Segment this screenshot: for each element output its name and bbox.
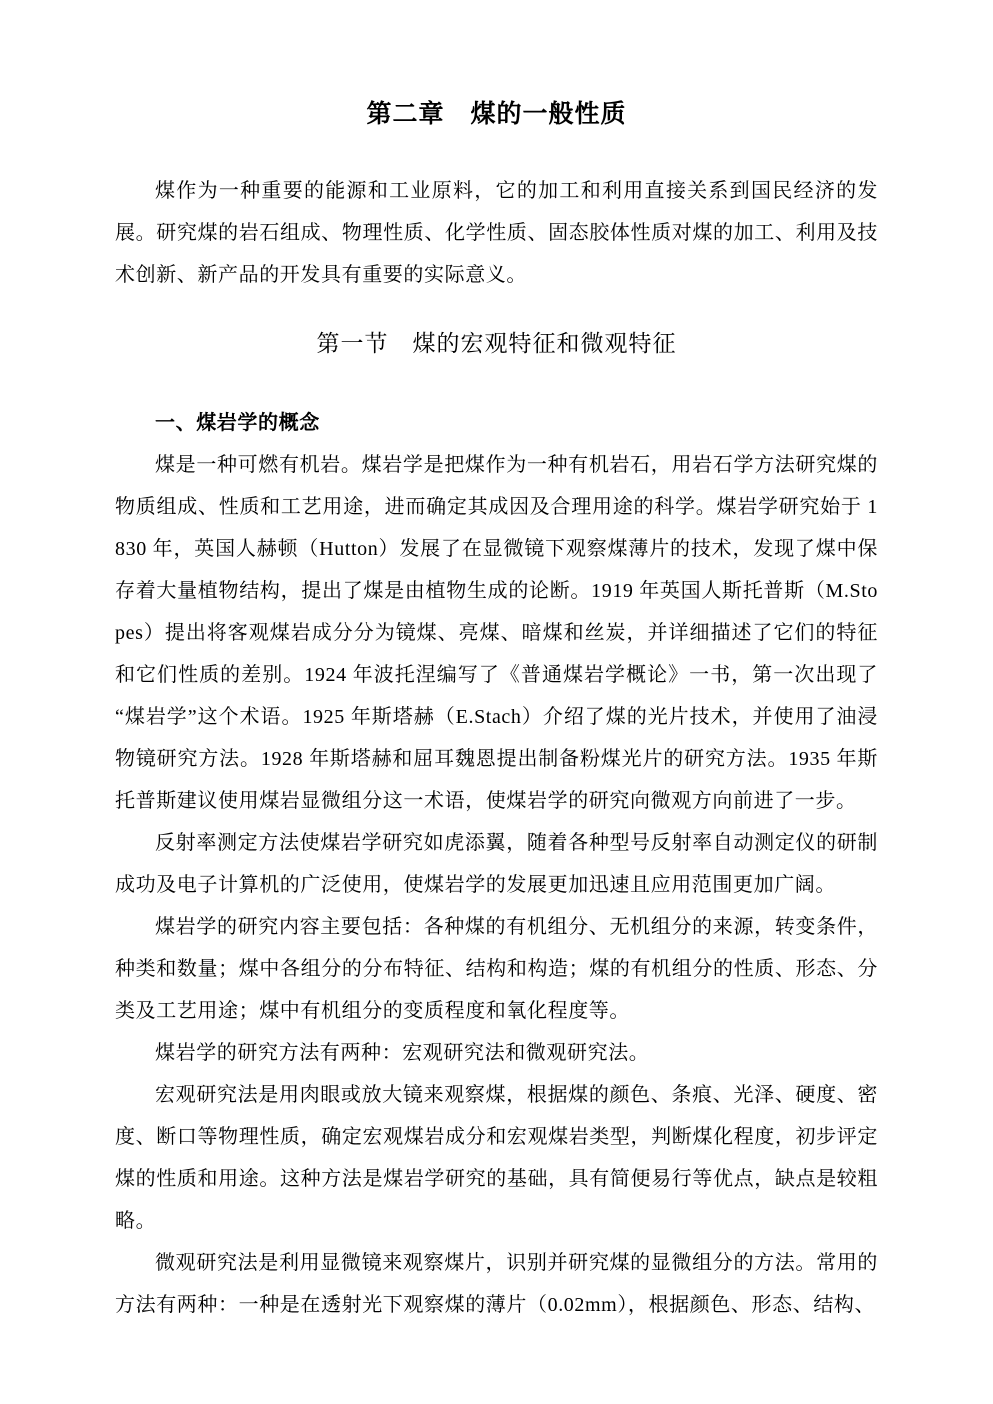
document-page: 第二章 煤的一般性质 煤作为一种重要的能源和工业原料，它的加工和利用直接关系到国… — [0, 0, 993, 1404]
section-heading: 第一节 煤的宏观特征和微观特征 — [115, 326, 878, 362]
body-paragraph-macro-method: 宏观研究法是用肉眼或放大镜来观察煤，根据煤的颜色、条痕、光泽、硬度、密度、断口等… — [115, 1074, 878, 1242]
intro-paragraph: 煤作为一种重要的能源和工业原料，它的加工和利用直接关系到国民经济的发展。研究煤的… — [115, 170, 878, 296]
chapter-title: 第二章 煤的一般性质 — [115, 96, 878, 132]
body-paragraph-history: 煤是一种可燃有机岩。煤岩学是把煤作为一种有机岩石，用岩石学方法研究煤的物质组成、… — [115, 444, 878, 822]
subsection-heading: 一、煤岩学的概念 — [115, 402, 878, 444]
body-paragraph-research-methods: 煤岩学的研究方法有两种：宏观研究法和微观研究法。 — [115, 1032, 878, 1074]
body-paragraph-reflectance: 反射率测定方法使煤岩学研究如虎添翼，随着各种型号反射率自动测定仪的研制成功及电子… — [115, 822, 878, 906]
body-paragraph-research-content: 煤岩学的研究内容主要包括：各种煤的有机组分、无机组分的来源，转变条件，种类和数量… — [115, 906, 878, 1032]
body-paragraph-micro-method: 微观研究法是利用显微镜来观察煤片，识别并研究煤的显微组分的方法。常用的方法有两种… — [115, 1242, 878, 1326]
